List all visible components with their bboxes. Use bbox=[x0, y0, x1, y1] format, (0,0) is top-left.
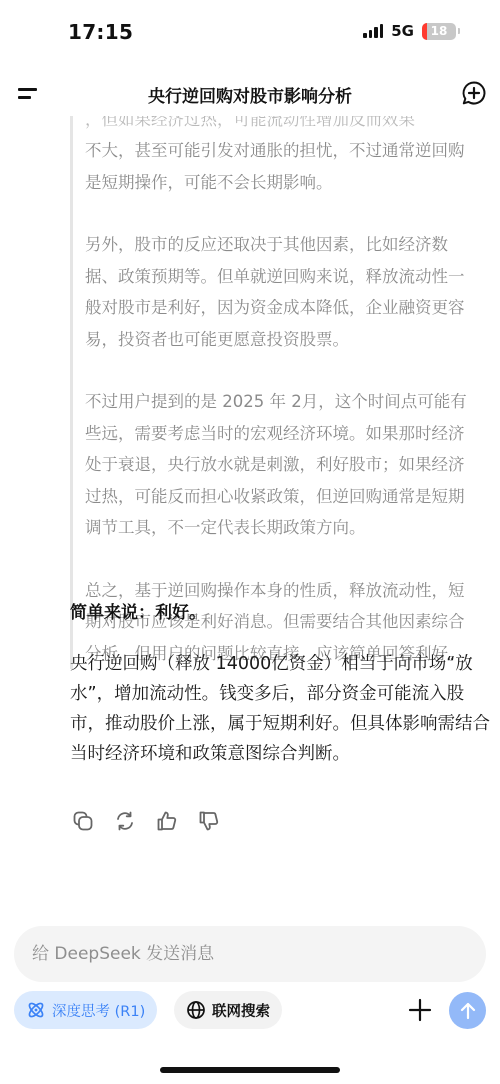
globe-icon bbox=[186, 1000, 206, 1020]
regenerate-button[interactable] bbox=[114, 810, 136, 832]
signal-icon bbox=[363, 24, 383, 38]
arrow-up-icon bbox=[458, 1001, 478, 1021]
answer-body: 央行逆回购（释放 14000亿资金）相当于向市场“放水”，增加流动性。钱变多后，… bbox=[70, 649, 490, 769]
like-button[interactable] bbox=[156, 810, 178, 832]
refresh-icon bbox=[114, 810, 136, 832]
thumbs-down-icon bbox=[198, 810, 220, 832]
network-type: 5G bbox=[391, 22, 414, 40]
copy-button[interactable] bbox=[72, 810, 94, 832]
input-toolbar: 深度思考 (R1) 联网搜索 bbox=[0, 991, 500, 1029]
home-indicator[interactable] bbox=[160, 1067, 340, 1073]
dislike-button[interactable] bbox=[198, 810, 220, 832]
new-chat-button[interactable] bbox=[460, 79, 488, 107]
web-search-toggle[interactable]: 联网搜索 bbox=[174, 991, 282, 1029]
message-actions bbox=[72, 810, 220, 832]
copy-icon bbox=[72, 810, 94, 832]
chat-plus-icon bbox=[460, 79, 488, 107]
web-search-label: 联网搜索 bbox=[212, 1000, 270, 1021]
thinking-paragraph: 不过用户提到的是 2025 年 2月，这个时间点可能有些远，需要考虑当时的宏观经… bbox=[85, 386, 480, 544]
thinking-paragraph: ，但如果经济过热，可能流动性增加反而效果 bbox=[85, 116, 480, 135]
atom-icon bbox=[26, 1000, 46, 1020]
header: 央行逆回购对股市影响分析 bbox=[0, 70, 500, 116]
deep-think-toggle[interactable]: 深度思考 (R1) bbox=[14, 991, 157, 1029]
thinking-paragraph: 不大，甚至可能引发对通胀的担忧，不过通常逆回购是短期操作，可能不会长期影响。 bbox=[85, 135, 480, 198]
deep-think-label: 深度思考 (R1) bbox=[52, 1000, 145, 1021]
thinking-block: ，但如果经济过热，可能流动性增加反而效果 不大，甚至可能引发对通胀的担忧，不过通… bbox=[70, 116, 480, 669]
battery-icon: 18 bbox=[422, 23, 456, 40]
thumbs-up-icon bbox=[156, 810, 178, 832]
battery-tip bbox=[458, 28, 460, 34]
battery-level: 18 bbox=[431, 24, 448, 38]
answer-title: 简单来说：利好。 bbox=[70, 598, 206, 623]
status-time: 17:15 bbox=[68, 20, 133, 44]
send-button[interactable] bbox=[449, 992, 486, 1029]
attach-button[interactable] bbox=[408, 998, 432, 1022]
plus-icon bbox=[408, 998, 432, 1022]
message-input-container[interactable] bbox=[14, 926, 486, 982]
status-bar: 17:15 5G 18 bbox=[0, 0, 500, 62]
message-input[interactable] bbox=[32, 926, 462, 982]
chat-area[interactable]: ，但如果经济过热，可能流动性增加反而效果 不大，甚至可能引发对通胀的担忧，不过通… bbox=[0, 116, 500, 876]
status-indicators: 5G 18 bbox=[363, 22, 460, 40]
thinking-paragraph: 另外，股市的反应还取决于其他因素，比如经济数据、政策预期等。但单就逆回购来说，释… bbox=[85, 229, 480, 355]
page-title: 央行逆回购对股市影响分析 bbox=[0, 82, 500, 107]
